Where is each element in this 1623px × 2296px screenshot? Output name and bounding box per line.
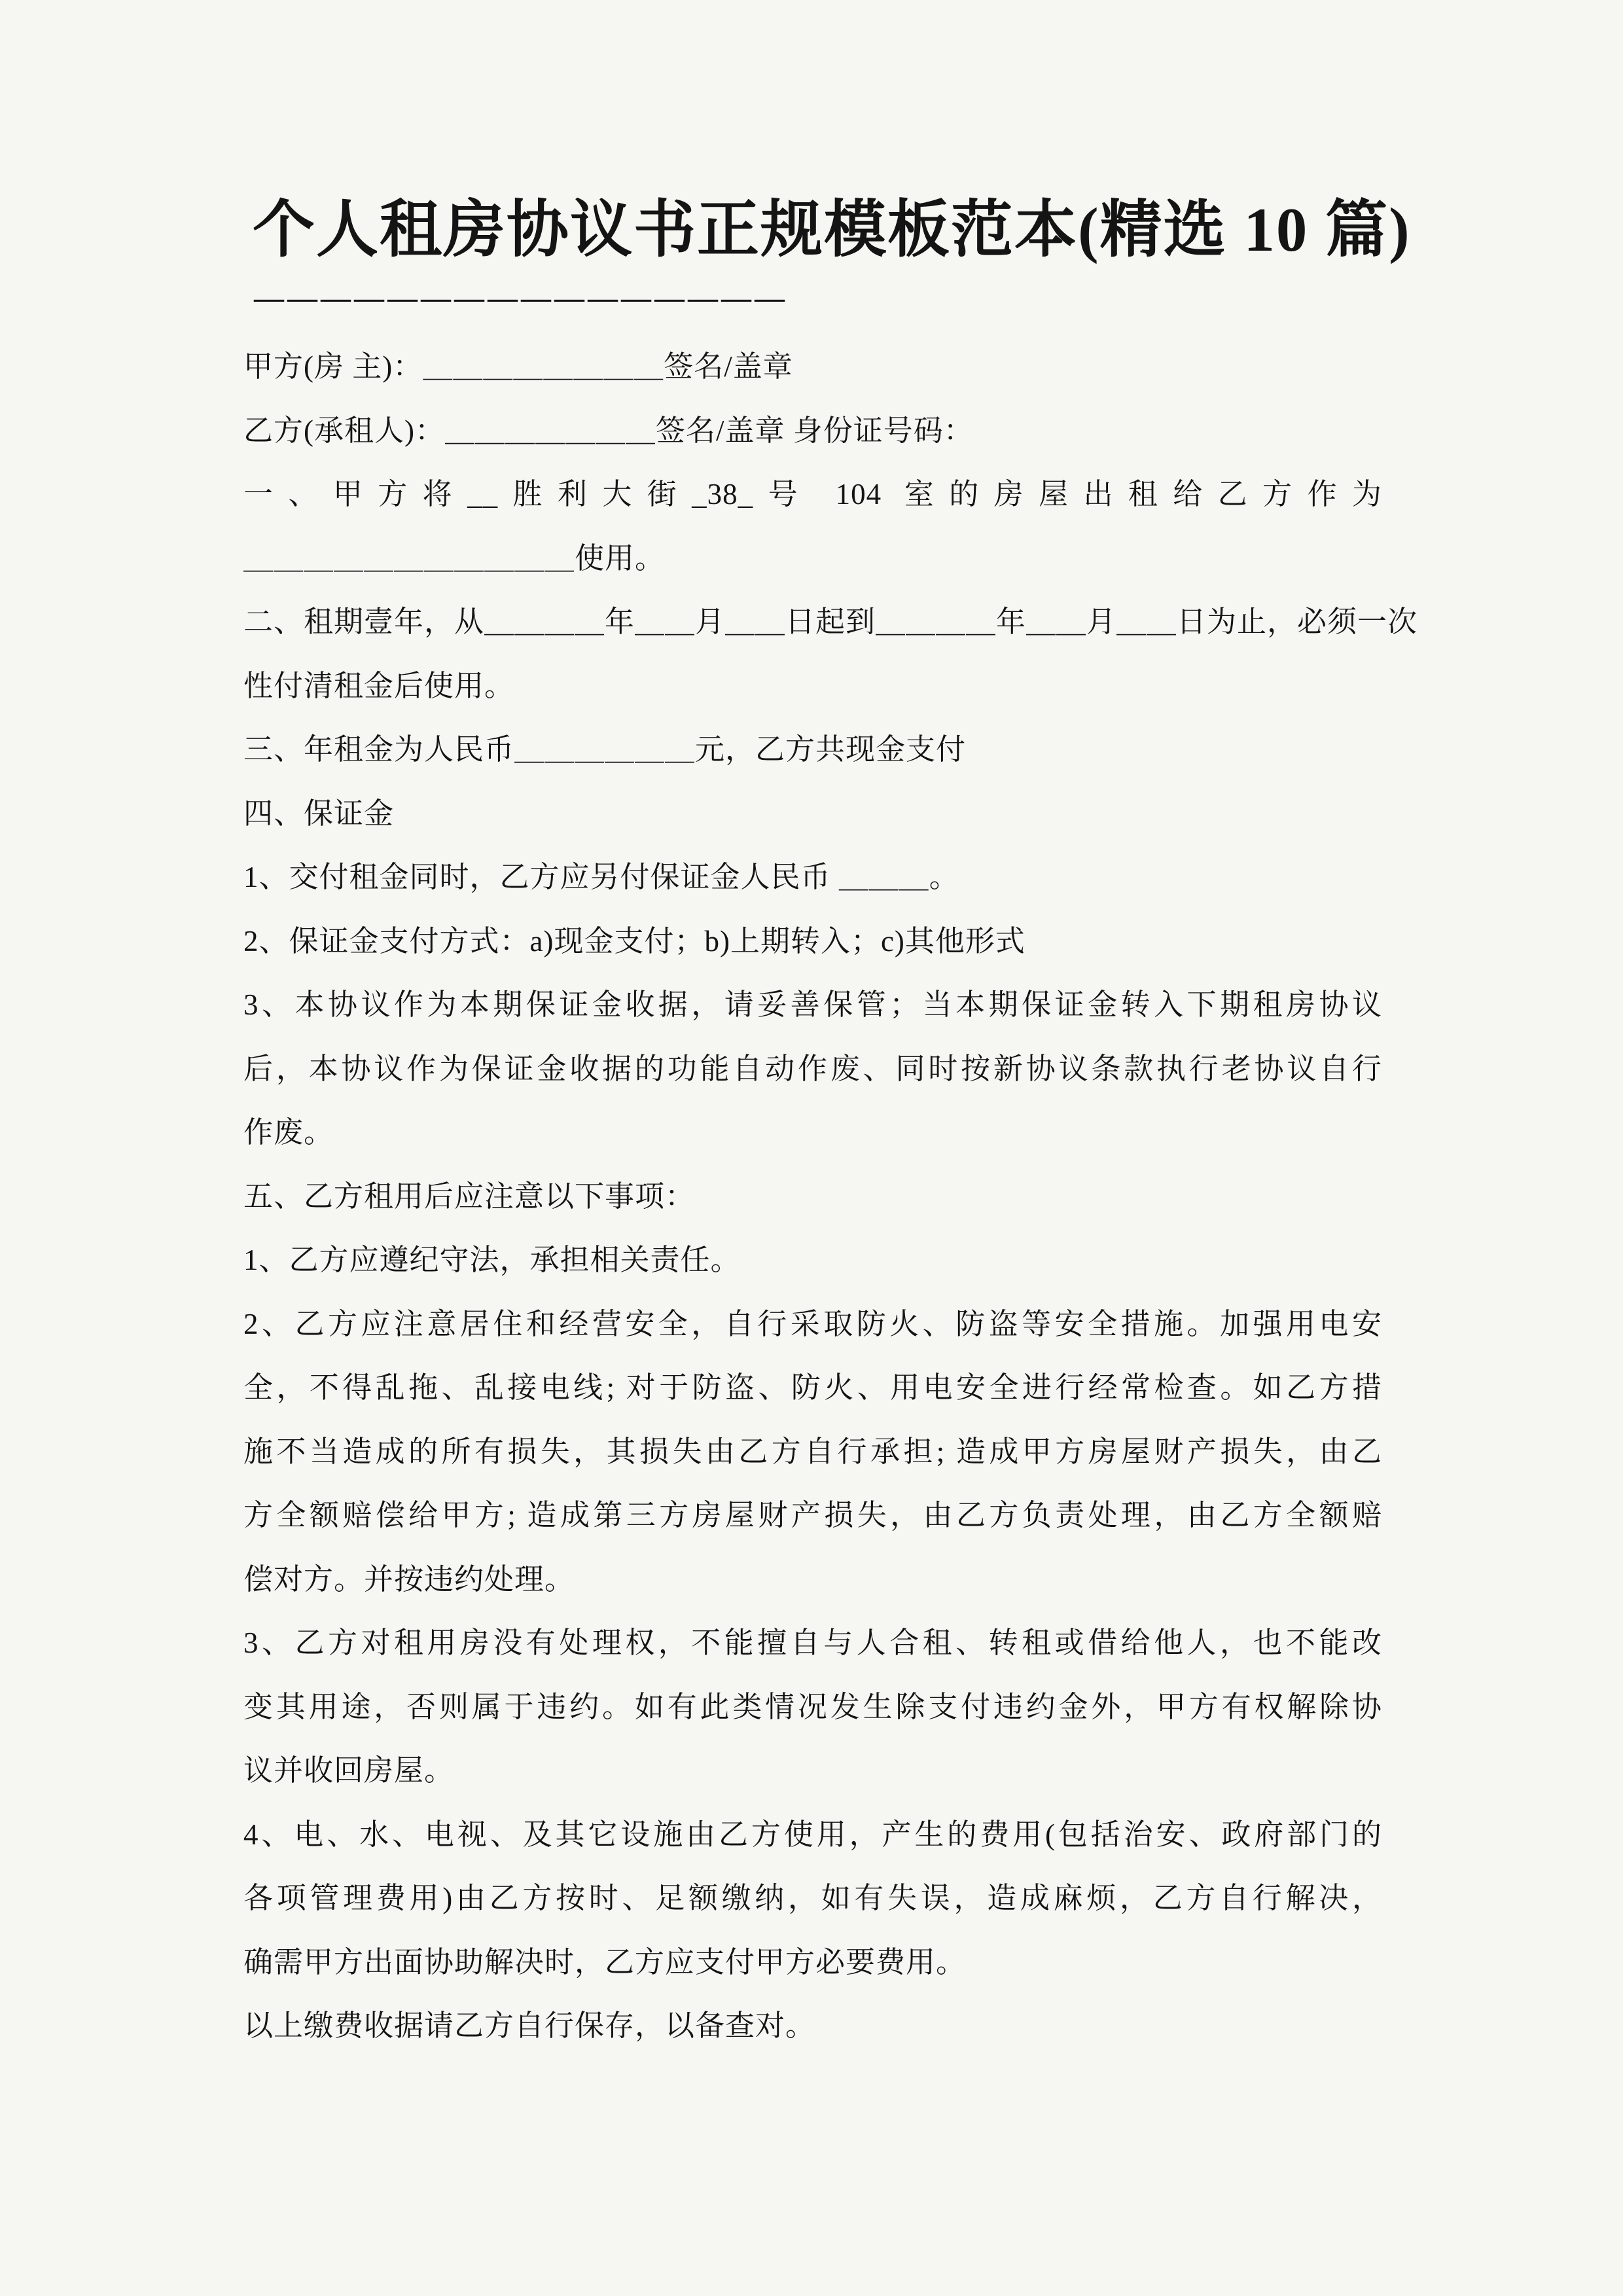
line-clause4-item1: 1、交付租金同时，乙方应另付保证金人民币 ＿＿＿。 [243,846,1382,910]
line-clause4-item3-2: 后，本协议作为保证金收据的功能自动作废、同时按新协议条款执行老协议自行 [243,1037,1382,1102]
line-clause5-item3-3: 议并收回房屋。 [243,1739,1382,1803]
line-clause4-item2: 2、保证金支付方式：a)现金支付；b)上期转入；c)其他形式 [243,910,1382,974]
line-clause1-1: 一、甲方将__胜利大街_38_号 104 室的房屋出租给乙方作为 [243,463,1382,527]
page-title: 个人租房协议书正规模板范本(精选 10 篇) [253,194,1381,266]
line-party-b: 乙方(承租人)：＿＿＿＿＿＿＿签名/盖章 身份证号码： [243,399,1382,463]
line-clause5-item1: 1、乙方应遵纪守法，承担相关责任。 [243,1229,1382,1293]
line-clause5-item3-1: 3、乙方对租用房没有处理权，不能擅自与人合租、转租或借给他人，也不能改 [243,1611,1382,1676]
line-clause1-2: ＿＿＿＿＿＿＿＿＿＿＿使用。 [243,527,1382,591]
line-clause5-item2-3: 施不当造成的所有损失，其损失由乙方自行承担; 造成甲方房屋财产损失，由乙 [243,1420,1382,1484]
line-clause3: 三、年租金为人民币＿＿＿＿＿＿元，乙方共现金支付 [243,718,1382,782]
line-clause5-item4-1: 4、电、水、电视、及其它设施由乙方使用，产生的费用(包括治安、政府部门的 [243,1803,1382,1867]
line-clause5-item2-5: 偿对方。并按违约处理。 [243,1548,1382,1612]
line-clause5-item2-1: 2、乙方应注意居住和经营安全，自行采取防火、防盗等安全措施。加强用电安 [243,1293,1382,1357]
line-party-a: 甲方(房 主)：＿＿＿＿＿＿＿＿签名/盖章 [243,335,1382,399]
line-clause5-heading: 五、乙方租用后应注意以下事项： [243,1165,1382,1229]
line-clause4-item3-1: 3、本协议作为本期保证金收据，请妥善保管；当本期保证金转入下期租房协议 [243,973,1382,1037]
line-clause4-item3-3: 作废。 [243,1101,1382,1165]
document-body: 甲方(房 主)：＿＿＿＿＿＿＿＿签名/盖章 乙方(承租人)：＿＿＿＿＿＿＿签名/… [243,335,1382,2058]
line-clause5-item2-2: 全，不得乱拖、乱接电线; 对于防盗、防火、用电安全进行经常检查。如乙方措 [243,1356,1382,1420]
line-clause2-1: 二、租期壹年，从＿＿＿＿年＿＿月＿＿日起到＿＿＿＿年＿＿月＿＿日为止，必须一次 [243,590,1382,655]
line-closing-note: 以上缴费收据请乙方自行保存，以备查对。 [243,1994,1382,2058]
line-clause5-item4-3: 确需甲方出面协助解决时，乙方应支付甲方必要费用。 [243,1931,1382,1995]
document-page: 个人租房协议书正规模板范本(精选 10 篇) ———————————————— … [0,0,1623,2296]
title-underline-divider: ———————————————— [254,283,1381,313]
line-clause4-heading: 四、保证金 [243,782,1382,846]
line-clause5-item4-2: 各项管理费用)由乙方按时、足额缴纳，如有失误，造成麻烦，乙方自行解决， [243,1867,1382,1931]
line-clause5-item3-2: 变其用途，否则属于违约。如有此类情况发生除支付违约金外，甲方有权解除协 [243,1676,1382,1740]
line-clause5-item2-4: 方全额赔偿给甲方; 造成第三方房屋财产损失，由乙方负责处理，由乙方全额赔 [243,1484,1382,1548]
line-clause2-2: 性付清租金后使用。 [243,655,1382,719]
